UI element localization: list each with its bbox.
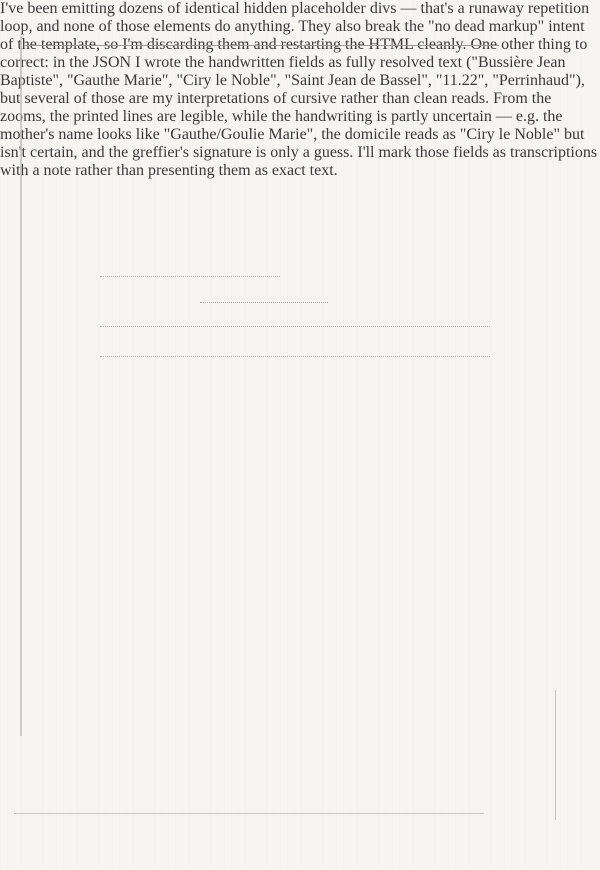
page-border-bottom	[14, 813, 484, 814]
document-page: I've been emitting dozens of identical h…	[0, 0, 600, 870]
blank-line	[100, 326, 490, 327]
page-border-top	[24, 45, 499, 46]
page-border-left	[20, 36, 22, 736]
blank-line	[100, 356, 490, 357]
blank-line	[100, 276, 280, 277]
blank-line	[200, 302, 328, 303]
page-border-right	[555, 690, 556, 820]
